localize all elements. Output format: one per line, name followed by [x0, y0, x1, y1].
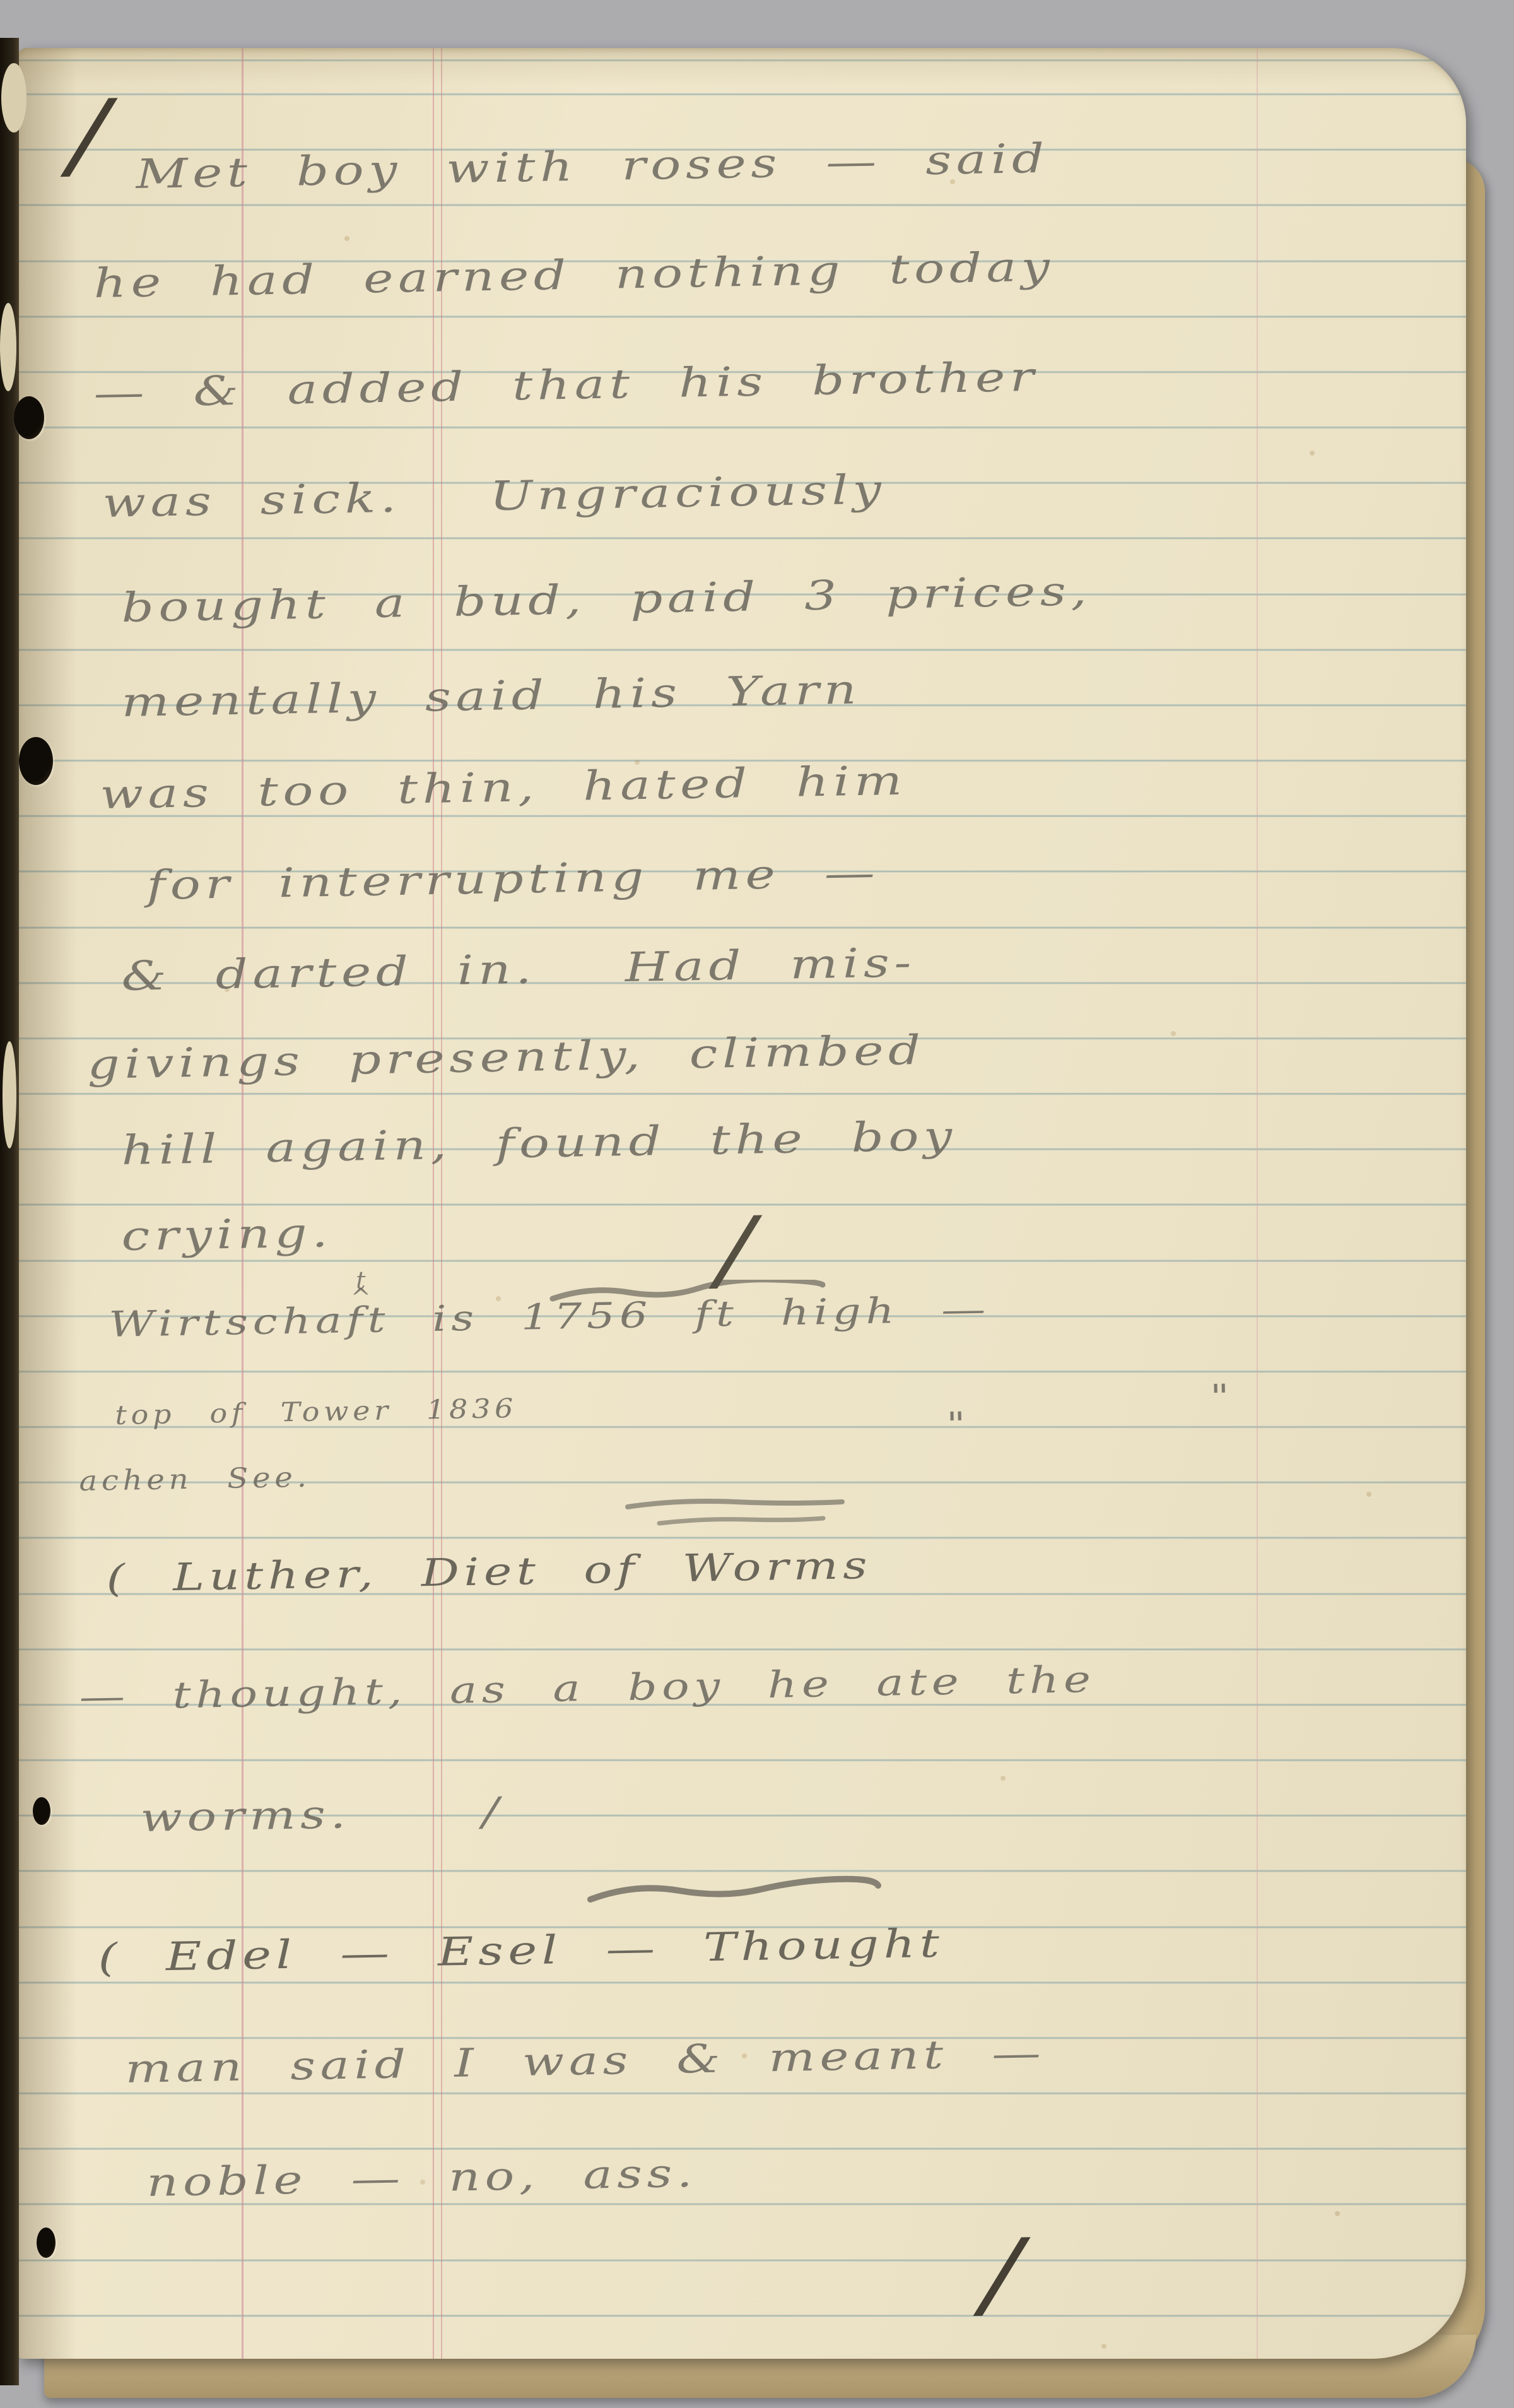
handwritten-line: he had earned nothing today	[93, 247, 1055, 304]
notebook-scan: / Met boy with roses — said he had earne…	[0, 0, 1514, 2408]
ditto-mark: "	[1210, 1380, 1234, 1414]
handwritten-line: hill again, found the boy	[121, 1116, 957, 1171]
caret-mark: ^	[351, 1289, 371, 1306]
handwritten-line: worms. /	[140, 1792, 503, 1838]
handwritten-line: Wirtschaft is 1756 ft high —	[109, 1292, 990, 1343]
separator-stroke	[587, 1874, 883, 1909]
handwriting-layer: / Met boy with roses — said he had earne…	[0, 0, 1514, 2408]
handwritten-line: top of Tower 1836	[115, 1395, 517, 1429]
handwritten-line: for interrupting me —	[146, 853, 880, 906]
tick-slash: /	[981, 2227, 1027, 2322]
tick-slash: /	[68, 88, 114, 183]
handwritten-line: givings presently, climbed	[87, 1030, 925, 1085]
handwritten-line: bought a bud, paid 3 prices,	[121, 571, 1092, 629]
handwritten-line: was sick. Ungraciously	[102, 469, 886, 524]
handwritten-line: & darted in. Had mis-	[121, 943, 916, 997]
handwritten-line: — & added that his brother	[93, 357, 1039, 414]
handwritten-line: was too thin, hated him	[100, 761, 907, 815]
handwritten-line: achen See.	[79, 1464, 311, 1496]
ditto-mark: "	[946, 1408, 970, 1441]
handwritten-line: Met boy with roses — said	[136, 139, 1049, 195]
caret-insertion: t ^	[351, 1272, 371, 1306]
handwritten-line: ( Edel — Esel — Thought	[98, 1924, 944, 1978]
separator-stroke	[621, 1493, 848, 1531]
handwritten-line: noble — no, ass.	[146, 2154, 697, 2202]
handwritten-line: ( Luther, Diet of Worms	[106, 1547, 872, 1598]
handwritten-line: mentally said his Yarn	[121, 670, 861, 723]
handwritten-line: crying.	[121, 1213, 333, 1257]
handwritten-line: — thought, as a boy he ate the	[79, 1661, 1096, 1715]
handwritten-line: man said I was & meant —	[125, 2034, 1046, 2089]
